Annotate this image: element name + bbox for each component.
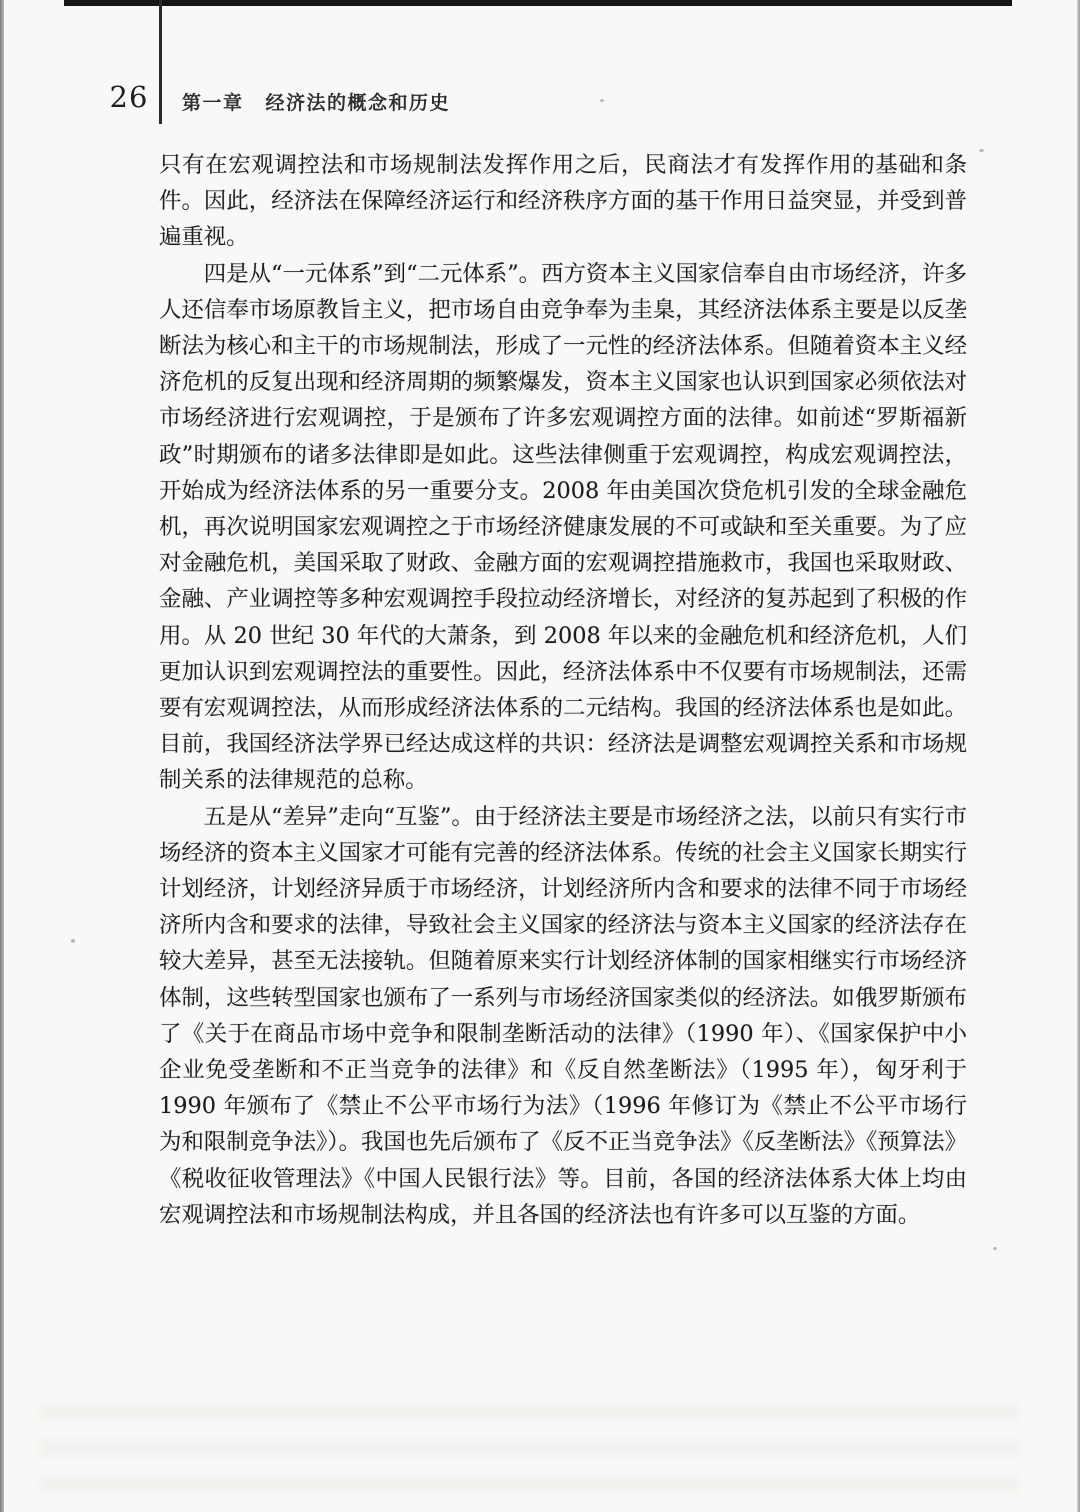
scanned-book-page: 26 第一章经济法的概念和历史 只有在宏观调控法和市场规制法发挥作用之后，民商法… — [0, 0, 1080, 1512]
running-header: 第一章经济法的概念和历史 — [182, 88, 450, 115]
body-paragraph: 只有在宏观调控法和市场规制法发挥作用之后，民商法才有发挥作用的基础和条件。因此，… — [159, 147, 967, 256]
scan-speck — [993, 1247, 997, 1250]
scan-speck — [979, 149, 984, 152]
show-through-line — [40, 1404, 1020, 1420]
page-number: 26 — [106, 80, 152, 114]
body-paragraph: 五是从“差异”走向“互鉴”。由于经济法主要是市场经济之法，以前只有实行市场经济的… — [159, 799, 967, 1233]
scan-speck — [600, 99, 604, 102]
scan-top-bar — [64, 0, 1012, 6]
header-divider-rule — [159, 0, 162, 124]
body-text: 只有在宏观调控法和市场规制法发挥作用之后，民商法才有发挥作用的基础和条件。因此，… — [159, 147, 967, 1233]
chapter-label: 第一章 — [182, 92, 244, 114]
show-through-line — [40, 1476, 1020, 1492]
chapter-title: 经济法的概念和历史 — [266, 92, 451, 114]
body-paragraph: 四是从“一元体系”到“二元体系”。西方资本主义国家信奉自由市场经济，许多人还信奉… — [159, 256, 967, 799]
show-through-line — [40, 1440, 1020, 1456]
scan-edge-left — [0, 0, 4, 1512]
scan-speck — [71, 939, 75, 943]
